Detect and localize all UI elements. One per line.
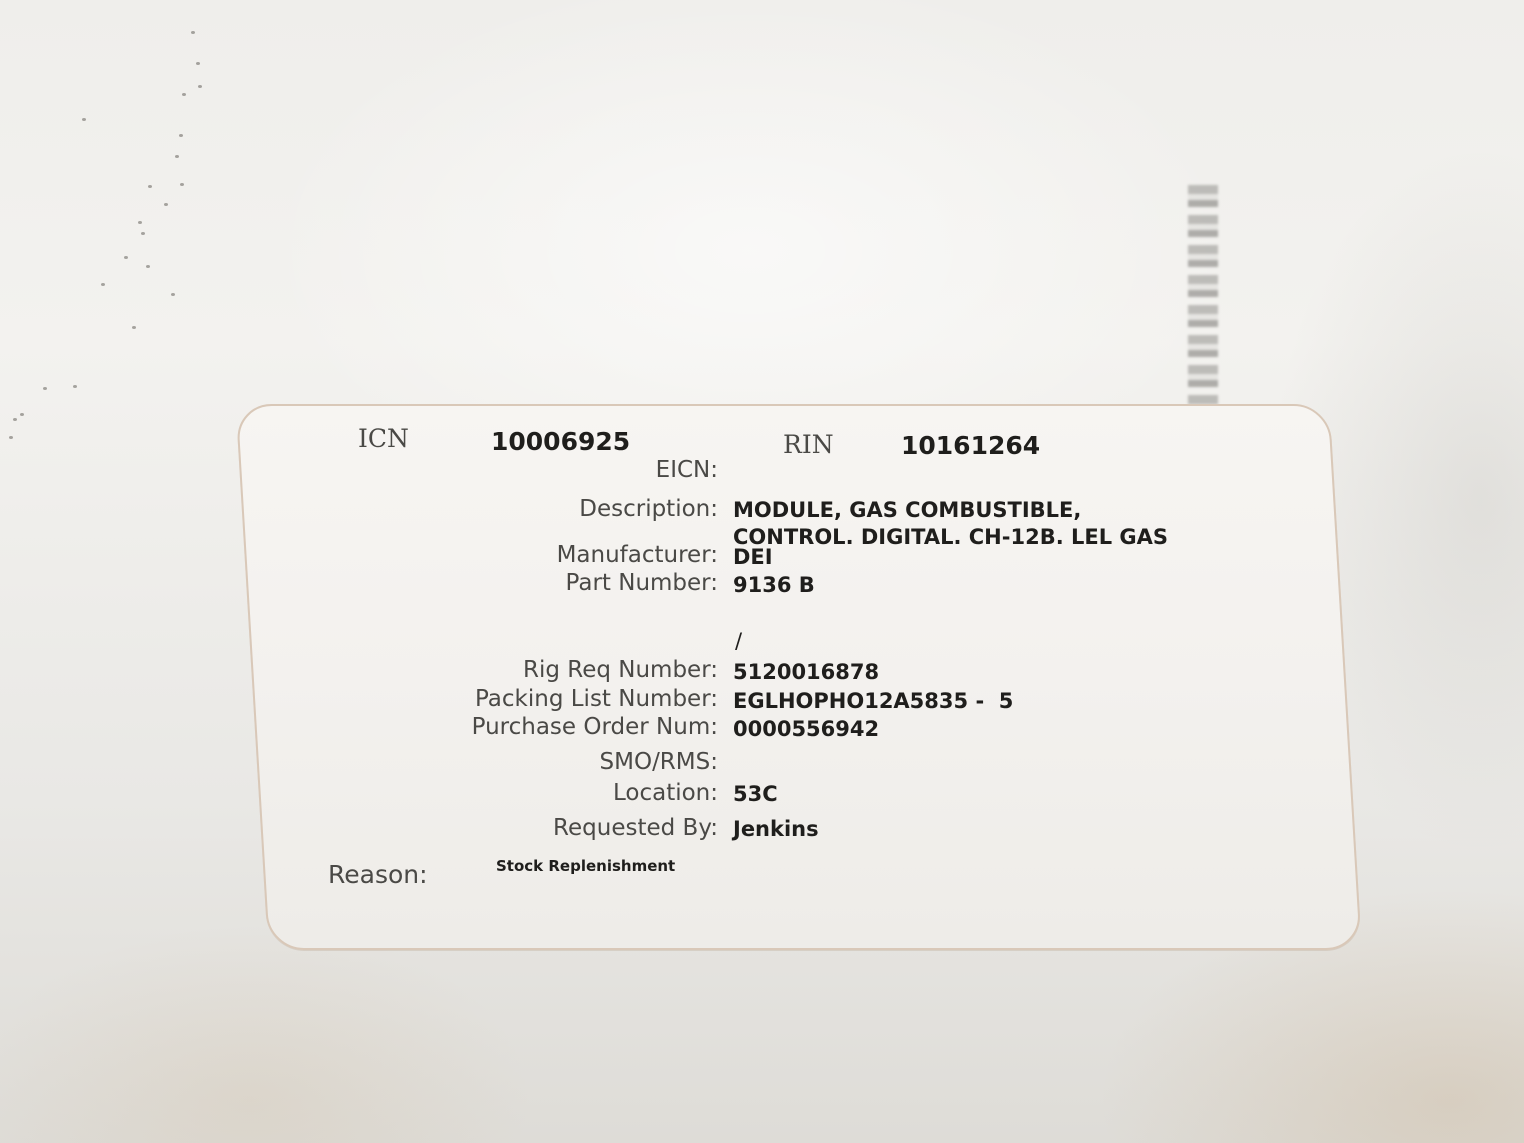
purchase-order-num-value: 0000556942 <box>733 717 879 741</box>
icn-value: 10006925 <box>491 427 630 456</box>
packing-list-number-value: EGLHOPHO12A5835 - 5 <box>733 689 1013 713</box>
smo-rms-label: SMO/RMS: <box>358 749 718 775</box>
icn-label: ICN <box>358 424 409 453</box>
purchase-order-num-label: Purchase Order Num: <box>358 714 718 740</box>
separator-slash: / <box>735 629 742 653</box>
rin-label: RIN <box>783 430 834 459</box>
part-number-label: Part Number: <box>358 570 718 596</box>
manufacturer-value: DEI <box>733 545 773 569</box>
requested-by-label: Requested By: <box>358 815 718 841</box>
part-number-value: 9136 B <box>733 573 815 597</box>
rig-req-number-label: Rig Req Number: <box>358 657 718 683</box>
eicn-label: EICN: <box>358 457 718 483</box>
reason-value: Stock Replenishment <box>496 857 675 875</box>
reason-label: Reason: <box>328 860 428 889</box>
description-line-1: MODULE, GAS COMBUSTIBLE, <box>733 498 1081 522</box>
location-value: 53C <box>733 782 778 806</box>
description-label: Description: <box>358 496 718 522</box>
location-label: Location: <box>358 780 718 806</box>
rig-req-number-value: 5120016878 <box>733 660 879 684</box>
rin-value: 10161264 <box>901 431 1040 460</box>
description-line-2: CONTROL. DIGITAL. CH-12B. LEL GAS <box>733 525 1168 549</box>
requested-by-value: Jenkins <box>733 817 819 841</box>
packing-list-number-label: Packing List Number: <box>358 686 718 712</box>
manufacturer-label: Manufacturer: <box>358 542 718 568</box>
